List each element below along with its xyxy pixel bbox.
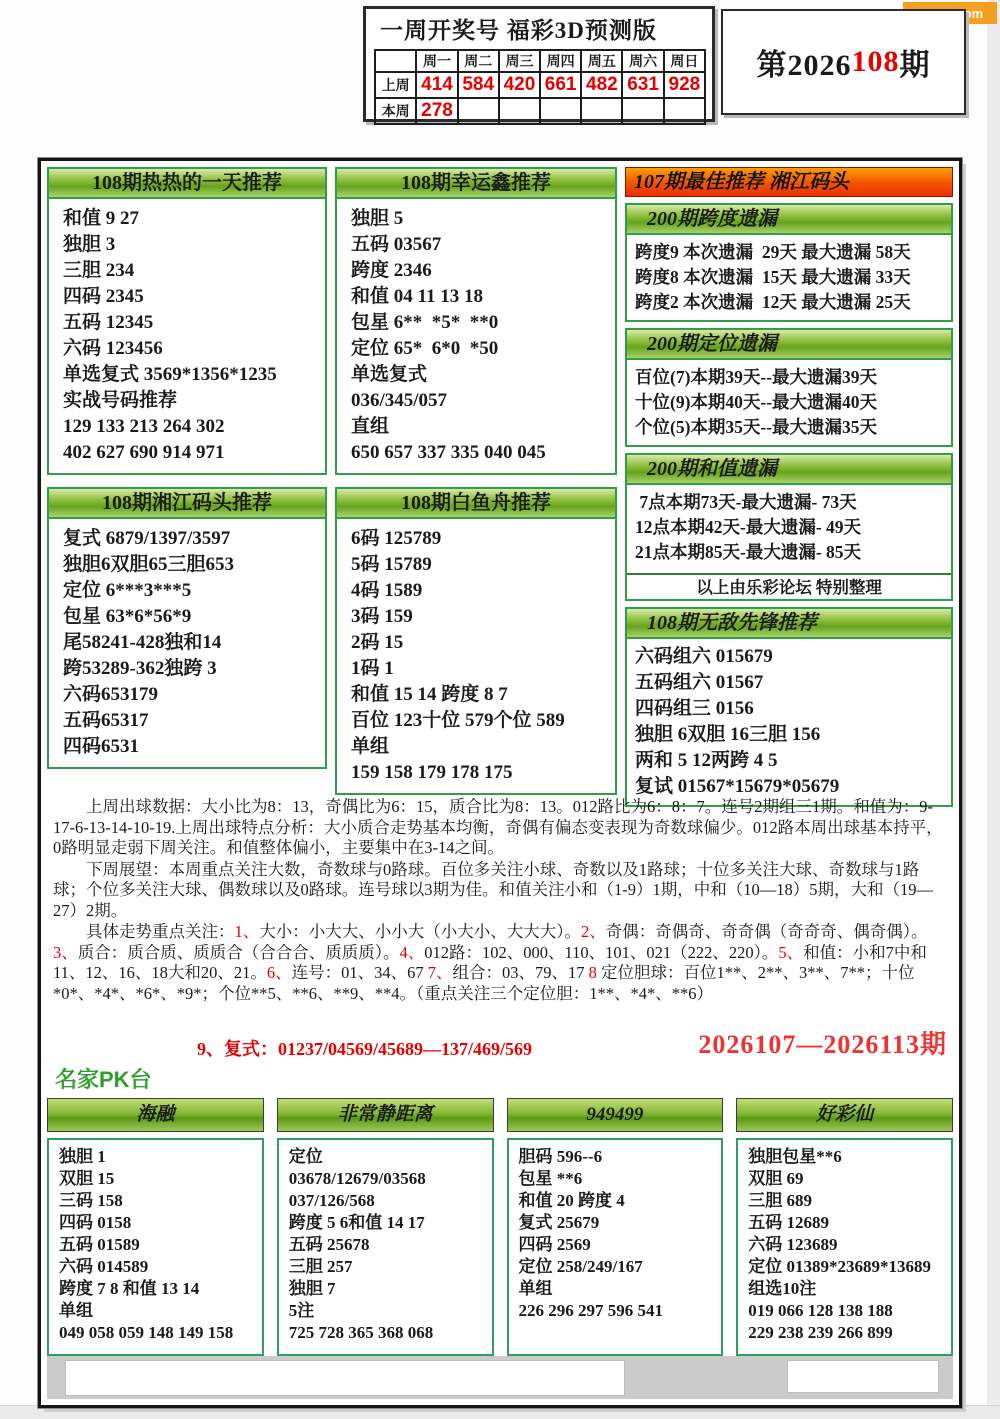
column-left: 108期热热的一天推荐 和值 9 27独胆 3三胆 234四码 2345五码 1… [47,167,327,781]
text-line: 5注 [289,1300,486,1322]
footer-strip [47,1356,953,1399]
text-line: 包星 **6 [519,1168,716,1190]
analysis-para-focus: 具体走势重点关注：1、大小：小大大、小小大（小大小、大大大）。2、奇偶：奇偶奇、… [53,922,949,1004]
text-line: 五码组六 01567 [635,670,947,696]
text-line: 百位(7)本期39天--最大遗漏39天 [635,365,947,390]
weekday-header: 周五 [581,50,622,72]
page-edge-right [987,0,1000,1419]
text-line: 229 238 239 266 899 [748,1322,945,1344]
text-line: 包星 63*6*56*9 [63,604,317,630]
pk-box-haocaixian-body: 独胆包星**6双胆 69三胆 689五码 12689六码 123689定位 01… [736,1138,953,1356]
box-hot-day-title: 108期热热的一天推荐 [49,169,325,199]
weekly-draw-panel: 一周开奖号 福彩3D预测版 周一周二周三周四周五周六周日上周4145844206… [363,6,715,122]
text-line: 725 728 365 368 068 [289,1322,486,1344]
box-baiyuzhou-title: 108期白鱼舟推荐 [337,489,615,519]
text-line: 三胆 257 [289,1256,486,1278]
draw-number-cell: 661 [540,72,581,98]
pk-box-hairong-title: 海融 [47,1098,264,1132]
text-line: 四码 2569 [519,1234,716,1256]
text-line: 五码 25678 [289,1234,486,1256]
draw-number-cell: 928 [664,72,705,98]
text-line: 独胆 3 [63,232,317,258]
text-line: 单组 [351,734,607,760]
text-line: 四码 2345 [63,284,317,310]
draw-number-cell [664,98,705,124]
pk-box-949499: 949499 胆码 596--6包星 **6和值 20 跨度 4复式 25679… [507,1098,724,1356]
pk-box-hairong: 海融 独胆 1双胆 15三码 158四码 0158五码 01589六码 0145… [47,1098,264,1356]
weekday-header: 周四 [540,50,581,72]
box-baiyuzhou: 108期白鱼舟推荐 6码 1257895码 157894码 15893码 159… [335,487,617,795]
text-line: 6码 125789 [351,526,607,552]
text-line: 226 296 297 596 541 [519,1300,716,1322]
text-line: 5码 15789 [351,552,607,578]
text-line: 049 058 059 148 149 158 [59,1322,256,1344]
issue-highlight: 108 [852,45,900,79]
forum-credit-note: 以上由乐彩论坛 特别整理 [627,573,951,599]
pk-box-feichangjingjuli: 非常静距离 定位03678/12679/03568037/126/568跨度 5… [277,1098,494,1356]
text-line: 四码 0158 [59,1212,256,1234]
text-line: 3码 159 [351,604,607,630]
text-line: 定位 01389*23689*13689 [748,1256,945,1278]
draw-number-cell: 482 [581,72,622,98]
weekday-header: 周一 [416,50,457,72]
box-baiyuzhou-body: 6码 1257895码 157894码 15893码 1592码 151码 1和… [337,519,615,793]
text-line: 7点本期73天-最大遗漏- 73天 [635,490,947,515]
text-line: 六码组六 015679 [635,644,947,670]
draw-number-cell [540,98,581,124]
segment: 2、 [581,922,606,941]
column-middle: 108期幸运鑫推荐 独胆 5五码 03567跨度 2346和值 04 11 13… [335,167,617,807]
pk-box-haocaixian-title: 好彩仙 [736,1098,953,1132]
box-xiangjiang-title: 108期湘江码头推荐 [49,489,325,519]
analysis-section: 上周出球数据：大小比为8：13，奇偶比为6：15，质合比为8：13。012路比为… [47,795,953,1031]
segment: 7、 [428,963,453,982]
analysis-para-lastweek: 上周出球数据：大小比为8：13，奇偶比为6：15，质合比为8：13。012路比为… [53,797,949,859]
text-line: 独胆包星**6 [748,1146,945,1168]
text-line: 个位(5)本期35天--最大遗漏35天 [635,415,947,440]
box-span-miss-body: 跨度9 本次遗漏 29天 最大遗漏 58天跨度8 本次遗漏 15天 最大遗漏 3… [627,235,951,320]
text-line: 五码 01589 [59,1234,256,1256]
text-line: 定位 65* 6*0 *50 [351,336,607,362]
draw-number-cell: 414 [416,72,457,98]
text-line: 尾58241-428独和14 [63,630,317,656]
text-line: 五码 03567 [351,232,607,258]
text-line: 十位(9)本期40天--最大遗漏40天 [635,390,947,415]
text-line: 单组 [519,1278,716,1300]
recommend-columns: 108期热热的一天推荐 和值 9 27独胆 3三胆 234四码 2345五码 1… [47,167,953,795]
draw-number-cell: 584 [458,72,499,98]
box-sum-miss: 200期和值遗漏 7点本期73天-最大遗漏- 73天12点本期42天-最大遗漏-… [625,453,953,601]
text-line: 21点本期85天-最大遗漏- 85天 [635,540,947,565]
text-line: 复式 25679 [519,1212,716,1234]
draw-number-cell [458,98,499,124]
text-line: 四码6531 [63,734,317,760]
box-sum-miss-body: 7点本期73天-最大遗漏- 73天12点本期42天-最大遗漏- 49天21点本期… [627,485,951,570]
issue-number-panel: 第2026108期 [721,9,966,115]
box-wudi-title: 108期无敌先锋推荐 [627,609,951,639]
text-line: 跨度8 本次遗漏 15天 最大遗漏 33天 [635,265,947,290]
text-line: 包星 6** *5* **0 [351,310,607,336]
box-xingyunxin-body: 独胆 5五码 03567跨度 2346和值 04 11 13 18包星 6** … [337,199,615,473]
text-line: 036/345/057 [351,388,607,414]
footer-small-box[interactable] [787,1360,939,1393]
box-sum-miss-title: 200期和值遗漏 [627,455,951,485]
row-label: 本周 [375,98,416,124]
weekday-header: 周三 [499,50,540,72]
box-pos-miss-body: 百位(7)本期39天--最大遗漏39天十位(9)本期40天--最大遗漏40天个位… [627,360,951,445]
page: { "colors": { "red": "#e60000", "green_b… [0,0,1000,1419]
segment: 6、 [267,963,292,982]
pk-box-hairong-body: 独胆 1双胆 15三码 158四码 0158五码 01589六码 014589跨… [47,1138,264,1356]
text-line: 和值 15 14 跨度 8 7 [351,682,607,708]
text-line: 跨度2 本次遗漏 12天 最大遗漏 25天 [635,290,947,315]
text-line: 跨度 2346 [351,258,607,284]
text-line: 129 133 213 264 302 [63,414,317,440]
text-line: 037/126/568 [289,1190,486,1212]
box-span-miss: 200期跨度遗漏 跨度9 本次遗漏 29天 最大遗漏 58天跨度8 本次遗漏 1… [625,203,953,322]
text-line: 双胆 15 [59,1168,256,1190]
weekday-header: 周六 [622,50,663,72]
column-right: 107期最佳推荐 湘江码头 200期跨度遗漏 跨度9 本次遗漏 29天 最大遗漏… [625,167,953,813]
weekday-header: 周二 [458,50,499,72]
text-line: 四码组三 0156 [635,696,947,722]
text-line: 独胆 1 [59,1146,256,1168]
text-line: 402 627 690 914 971 [63,440,317,466]
segment: 连号：01、34、67 [292,963,428,982]
text-line: 单选复式 [351,362,607,388]
draw-number-cell: 631 [622,72,663,98]
text-line: 百位 123十位 579个位 589 [351,708,607,734]
text-line: 定位 258/249/167 [519,1256,716,1278]
segment: 组合：03、79、17 [453,963,589,982]
text-line: 019 066 128 138 188 [748,1300,945,1322]
draw-number-cell: 420 [499,72,540,98]
draw-number-cell [499,98,540,124]
text-line: 单选复式 3569*1356*1235 [63,362,317,388]
box-xiangjiang-body: 复式 6879/1397/3597独胆6双胆65三胆653定位 6***3***… [49,519,325,767]
issue-range: 2026107—2026113期 [698,1024,947,1061]
best-recommend-banner: 107期最佳推荐 湘江码头 [625,167,953,197]
pk-section-title: 名家PK台 [47,1061,953,1098]
text-line: 六码 014589 [59,1256,256,1278]
issue-prefix: 第2026 [757,40,852,84]
text-line: 三码 158 [59,1190,256,1212]
draw-number-cell: 278 [416,98,457,124]
fushi-red-line: 9、复式：01237/04569/45689—137/469/569 [197,1035,532,1061]
text-line: 4码 1589 [351,578,607,604]
text-line: 三胆 689 [748,1190,945,1212]
text-line: 独胆 5 [351,206,607,232]
box-xiangjiang: 108期湘江码头推荐 复式 6879/1397/3597独胆6双胆65三胆653… [47,487,327,769]
text-line: 跨度 5 6和值 14 17 [289,1212,486,1234]
text-line: 两和 5 12两跨 4 5 [635,748,947,774]
text-line: 独胆6双胆65三胆653 [63,552,317,578]
text-line: 六码 123689 [748,1234,945,1256]
text-line: 159 158 179 178 175 [351,760,607,786]
main-board: 108期热热的一天推荐 和值 9 27独胆 3三胆 234四码 2345五码 1… [38,158,962,1408]
text-line: 跨度9 本次遗漏 29天 最大遗漏 58天 [635,240,947,265]
text-line: 跨53289-362独跨 3 [63,656,317,682]
pk-box-haocaixian: 好彩仙 独胆包星**6双胆 69三胆 689五码 12689六码 123689定… [736,1098,953,1356]
box-wudi-body: 六码组六 015679五码组六 01567四码组三 0156独胆 6双胆 16三… [627,639,951,805]
text-line: 复式 6879/1397/3597 [63,526,317,552]
segment: 8 [589,963,601,982]
segment: 3、 [53,943,78,962]
text-line: 和值 20 跨度 4 [519,1190,716,1212]
text-line: 五码 12345 [63,310,317,336]
segment: 1、 [235,922,260,941]
box-span-miss-title: 200期跨度遗漏 [627,205,951,235]
pk-box-feichangjingjuli-title: 非常静距离 [277,1098,494,1132]
text-line: 和值 9 27 [63,206,317,232]
corner-cell [375,50,416,72]
text-line: 跨度 7 8 和值 13 14 [59,1278,256,1300]
row-label: 上周 [375,72,416,98]
text-line: 1码 1 [351,656,607,682]
text-line: 03678/12679/03568 [289,1168,486,1190]
text-line: 五码 12689 [748,1212,945,1234]
box-xingyunxin: 108期幸运鑫推荐 独胆 5五码 03567跨度 2346和值 04 11 13… [335,167,617,475]
text-line: 和值 04 11 13 18 [351,284,607,310]
text-line: 650 657 337 335 040 045 [351,440,607,466]
text-line: 实战号码推荐 [63,388,317,414]
segment: 5、 [778,943,803,962]
segment: 具体走势重点关注： [86,922,235,941]
page-title: 一周开奖号 福彩3D预测版 [372,12,706,45]
text-line: 六码 123456 [63,336,317,362]
text-line: 五码65317 [63,708,317,734]
fushi-issue-row: 9、复式：01237/04569/45689—137/469/569 20261… [47,1031,953,1061]
draw-number-cell [622,98,663,124]
issue-suffix: 期 [900,40,931,84]
box-wudi: 108期无敌先锋推荐 六码组六 015679五码组六 01567四码组三 015… [625,607,953,807]
pk-boxes-row: 海融 独胆 1双胆 15三码 158四码 0158五码 01589六码 0145… [47,1098,953,1356]
footer-input-area[interactable] [65,1360,625,1396]
text-line: 定位 6***3***5 [63,578,317,604]
draw-number-cell [581,98,622,124]
text-line: 单组 [59,1300,256,1322]
pk-box-949499-title: 949499 [507,1098,724,1132]
analysis-para-nextweek: 下周展望：本周重点关注大数，奇数球与0路球。百位多关注小球、奇数以及1路球；十位… [53,860,949,922]
box-pos-miss: 200期定位遗漏 百位(7)本期39天--最大遗漏39天十位(9)本期40天--… [625,328,953,447]
box-pos-miss-title: 200期定位遗漏 [627,330,951,360]
segment: 大小：小大大、小小大（小大小、大大大）。 [259,922,581,941]
weekly-draw-table: 周一周二周三周四周五周六周日上周414584420661482631928本周2… [374,49,706,125]
text-line: 六码653179 [63,682,317,708]
text-line: 双胆 69 [748,1168,945,1190]
text-line: 独胆 7 [289,1278,486,1300]
segment: 012路：102、000、110、101、021（222、220）。 [424,943,778,962]
text-line: 12点本期42天-最大遗漏- 49天 [635,515,947,540]
box-hot-day-body: 和值 9 27独胆 3三胆 234四码 2345五码 12345六码 12345… [49,199,325,473]
pk-box-feichangjingjuli-body: 定位03678/12679/03568037/126/568跨度 5 6和值 1… [277,1138,494,1356]
text-line: 2码 15 [351,630,607,656]
text-line: 胆码 596--6 [519,1146,716,1168]
box-xingyunxin-title: 108期幸运鑫推荐 [337,169,615,199]
text-line: 组选10注 [748,1278,945,1300]
pk-box-949499-body: 胆码 596--6包星 **6和值 20 跨度 4复式 25679四码 2569… [507,1138,724,1356]
box-hot-day: 108期热热的一天推荐 和值 9 27独胆 3三胆 234四码 2345五码 1… [47,167,327,475]
text-line: 三胆 234 [63,258,317,284]
segment: 奇偶：奇偶奇、奇奇偶（奇奇奇、偶奇偶）。 [606,922,928,941]
segment: 4、 [400,943,425,962]
text-line: 独胆 6双胆 16三胆 156 [635,722,947,748]
segment: 质合：质合质、质质合（合合合、质质质）。 [78,943,400,962]
text-line: 直组 [351,414,607,440]
text-line: 定位 [289,1146,486,1168]
weekday-header: 周日 [664,50,705,72]
